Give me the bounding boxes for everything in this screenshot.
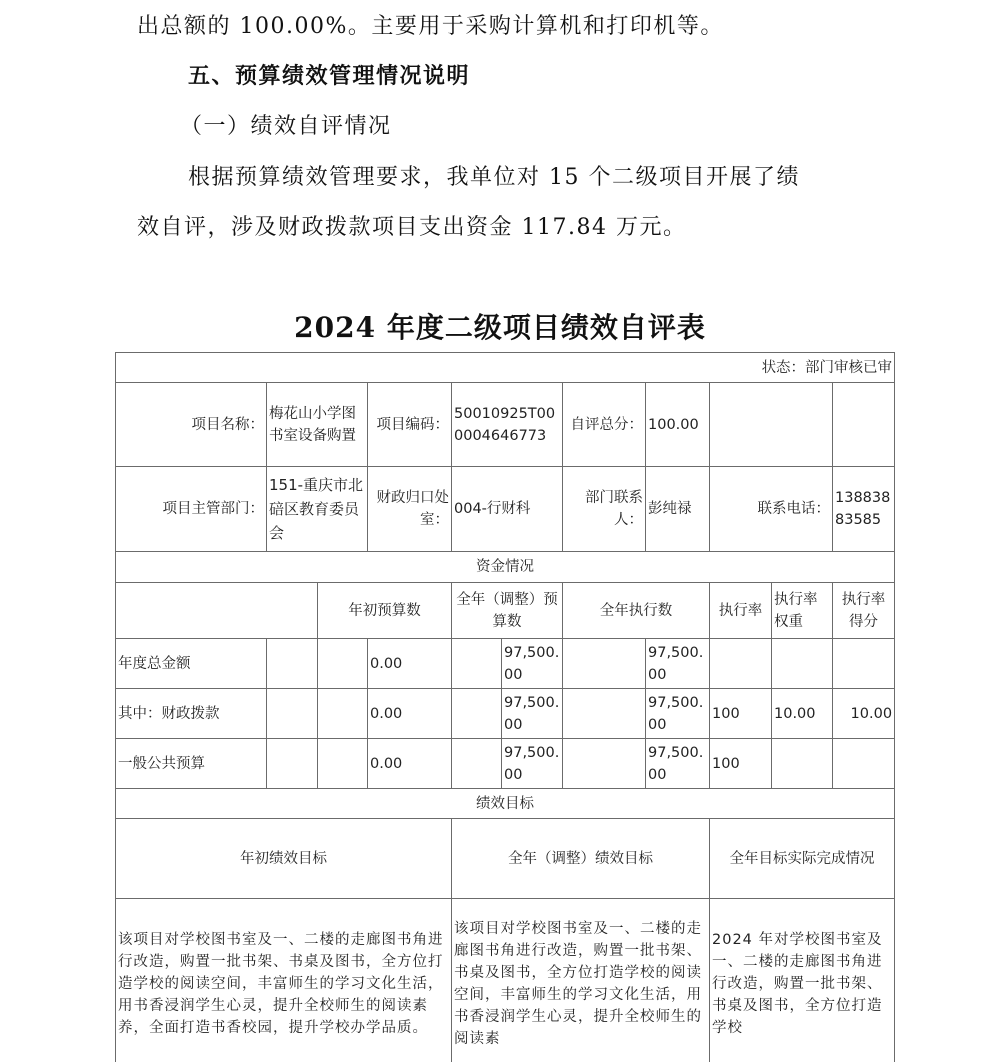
project-code-value: 50010925T000004646773 [452, 383, 563, 467]
performance-self-evaluation-table: 状态：部门审核已审 项目名称： 梅花山小学图书室设备购置 项目编码： 50010… [115, 352, 895, 1062]
contact-value: 彭纯禄 [646, 467, 710, 552]
empty-cell [318, 689, 368, 739]
initial-goal-text: 该项目对学校图书室及一、二楼的走廊图书角进行改造，购置一批书架、书桌及图书，全方… [116, 899, 452, 1062]
empty-header-cell [116, 583, 318, 639]
status-badge: 状态：部门审核已审 [116, 353, 895, 383]
table-row: 年度总金额 0.00 97,500.00 97,500.00 [116, 639, 895, 689]
header-exec-weight: 执行率权重 [772, 583, 833, 639]
exec-score-value: 10.00 [833, 689, 895, 739]
section-heading: 五、预算绩效管理情况说明 [188, 64, 470, 90]
initial-budget-value: 0.00 [368, 739, 452, 789]
table-title: 2024 年度二级项目绩效自评表 [0, 306, 1000, 346]
header-initial-budget: 年初预算数 [318, 583, 452, 639]
exec-weight-value [772, 639, 833, 689]
funds-section-label: 资金情况 [116, 552, 895, 583]
header-actual-completion: 全年目标实际完成情况 [710, 819, 895, 899]
adjusted-budget-value: 97,500.00 [502, 739, 563, 789]
exec-weight-value: 10.00 [772, 689, 833, 739]
adjusted-budget-value: 97,500.00 [502, 689, 563, 739]
empty-cell [318, 739, 368, 789]
project-code-label: 项目编码： [368, 383, 452, 467]
initial-budget-value: 0.00 [368, 689, 452, 739]
dept-value: 151-重庆市北碚区教育委员会 [267, 467, 368, 552]
table-row: 一般公共预算 0.00 97,500.00 97,500.00 100 [116, 739, 895, 789]
exec-score-value [833, 739, 895, 789]
table-row: 其中：财政拨款 0.00 97,500.00 97,500.00 100 10.… [116, 689, 895, 739]
exec-rate-value [710, 639, 772, 689]
row-label: 年度总金额 [116, 639, 267, 689]
header-adjusted-budget: 全年（调整）预算数 [452, 583, 563, 639]
project-name-label: 项目名称： [116, 383, 267, 467]
project-name-value: 梅花山小学图书室设备购置 [267, 383, 368, 467]
header-executed: 全年执行数 [563, 583, 710, 639]
empty-cell [318, 639, 368, 689]
exec-score-value [833, 639, 895, 689]
dept-label: 项目主管部门： [116, 467, 267, 552]
empty-cell [267, 739, 318, 789]
actual-completion-text: 2024 年对学校图书室及一、二楼的走廊图书角进行改造，购置一批书架、书桌及图书… [710, 899, 895, 1062]
executed-value: 97,500.00 [646, 739, 710, 789]
subsection-heading: （一）绩效自评情况 [180, 114, 392, 140]
paragraph-line-1: 根据预算绩效管理要求，我单位对 15 个二级项目开展了绩 [188, 165, 800, 191]
empty-cell [563, 689, 646, 739]
adjusted-budget-value: 97,500.00 [502, 639, 563, 689]
header-initial-goal: 年初绩效目标 [116, 819, 452, 899]
paragraph-line-2: 效自评，涉及财政拨款项目支出资金 117.84 万元。 [137, 215, 686, 241]
phone-value: 13883883585 [833, 467, 895, 552]
row-label: 一般公共预算 [116, 739, 267, 789]
empty-cell [563, 739, 646, 789]
phone-label: 联系电话： [710, 467, 833, 552]
executed-value: 97,500.00 [646, 689, 710, 739]
executed-value: 97,500.00 [646, 639, 710, 689]
row-label: 其中：财政拨款 [116, 689, 267, 739]
empty-cell [710, 383, 833, 467]
empty-cell [267, 689, 318, 739]
empty-cell [563, 639, 646, 689]
empty-cell [833, 383, 895, 467]
empty-cell [452, 739, 502, 789]
empty-cell [452, 639, 502, 689]
contact-label: 部门联系人： [563, 467, 646, 552]
finance-office-value: 004-行财科 [452, 467, 563, 552]
header-exec-score: 执行率得分 [833, 583, 895, 639]
self-score-value: 100.00 [646, 383, 710, 467]
finance-office-label: 财政归口处室： [368, 467, 452, 552]
header-adjusted-goal: 全年（调整）绩效目标 [452, 819, 710, 899]
exec-rate-value: 100 [710, 689, 772, 739]
exec-rate-value: 100 [710, 739, 772, 789]
goals-section-label: 绩效目标 [116, 789, 895, 819]
header-exec-rate: 执行率 [710, 583, 772, 639]
adjusted-goal-text: 该项目对学校图书室及一、二楼的走廊图书角进行改造，购置一批书架、书桌及图书，全方… [452, 899, 710, 1062]
self-score-label: 自评总分： [563, 383, 646, 467]
exec-weight-value [772, 739, 833, 789]
empty-cell [267, 639, 318, 689]
initial-budget-value: 0.00 [368, 639, 452, 689]
empty-cell [452, 689, 502, 739]
paragraph-continuation: 出总额的 100.00%。主要用于采购计算机和打印机等。 [137, 14, 724, 40]
